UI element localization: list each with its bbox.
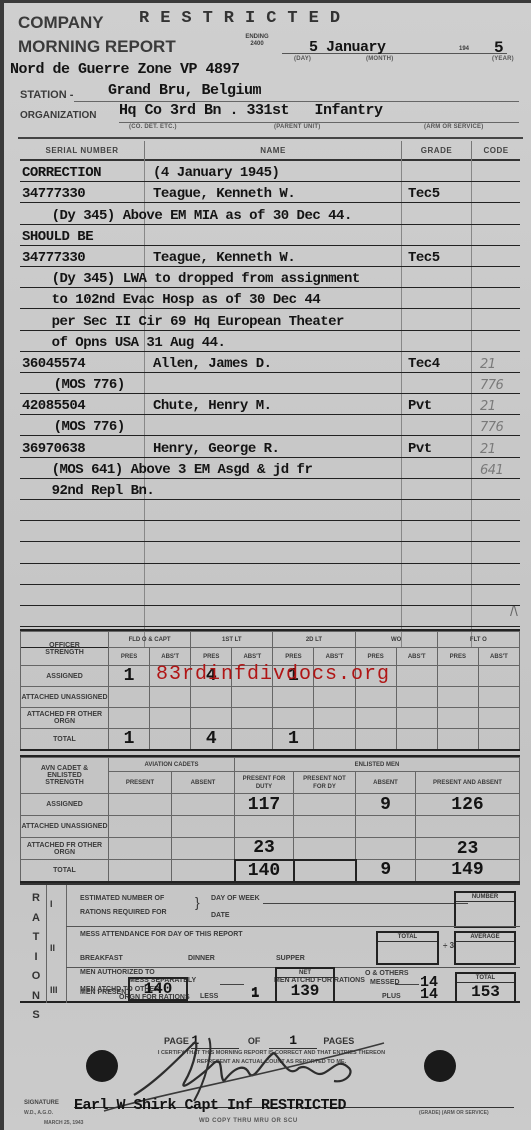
code-cell [471, 182, 520, 202]
name: Allen, James D. [153, 356, 272, 372]
code-cell [471, 161, 520, 181]
header-divider [18, 137, 523, 139]
name-cell: Henry, George R. [144, 436, 401, 456]
grade-cell [401, 288, 471, 308]
enlisted-count [294, 860, 356, 882]
officer-count [232, 729, 273, 751]
supper-label: SUPPER [276, 955, 305, 962]
code-cell [471, 267, 520, 287]
serial-cell: per Sec II Cir 69 Hq European Theater [20, 309, 144, 329]
remark-text: (Dy 345) LWA to dropped from assignment [20, 271, 360, 287]
sub-abst: ABS'T [478, 648, 519, 666]
code-cell: 776 [471, 373, 520, 393]
name-cell [144, 564, 401, 584]
code-cell: 776 [471, 415, 520, 435]
row-label: ATTACHED FR OTHER ORGN [21, 708, 109, 729]
enlisted-count [294, 816, 356, 838]
grade-cell [401, 606, 471, 626]
divide-by-3: ÷ 3 [443, 941, 451, 950]
serial: 34777330 [22, 250, 85, 266]
roster-body: CORRECTION(4 January 1945)34777330Teague… [20, 161, 520, 648]
row-label: ATTACHED UNASSIGNED [21, 816, 109, 838]
group-2d-lt: 2D LT [273, 632, 355, 648]
men-present-label: MEN PRESENT [80, 989, 108, 996]
enlisted-row: ASSIGNED1179126 [21, 794, 520, 816]
officer-count [273, 687, 314, 708]
name-cell: Allen, James D. [144, 352, 401, 372]
roster-row [20, 521, 520, 542]
enlisted-count: 9 [356, 794, 416, 816]
roster-row: to 102nd Evac Hosp as of 30 Dec 44 [20, 288, 520, 309]
enlisted-sub-header: PRESENT [109, 772, 172, 794]
name: Henry, George R. [153, 441, 279, 457]
group-wo: WO [355, 632, 437, 648]
o-others-label-a: O & OTHERS [365, 970, 409, 977]
side-letter: S [28, 1006, 44, 1026]
grade-cell: Tec5 [401, 246, 471, 266]
roster-row [20, 564, 520, 585]
date-label: DATE [211, 912, 230, 919]
enlisted-sub-header: PRESENT NOT FOR DY [294, 772, 356, 794]
grade: Pvt [408, 441, 432, 457]
roster-row: 36970638Henry, George R.Pvt21 [20, 436, 520, 457]
code-cell: 21 [471, 436, 520, 456]
total-label: TOTAL [457, 974, 514, 983]
enlisted-sub-header: PRESENT AND ABSENT [416, 772, 520, 794]
remark-text: (MOS 641) Above 3 EM Asgd & jd fr [20, 462, 312, 478]
officer-strength-label: OFFICER STRENGTH [21, 632, 109, 666]
code: 21 [480, 357, 496, 372]
men-present-value: 140 [130, 979, 186, 999]
enlisted-count: 23 [416, 838, 520, 860]
grade-cell [401, 500, 471, 520]
serial: SHOULD BE [22, 229, 93, 245]
roster-row: of Opns USA 31 Aug 44. [20, 331, 520, 352]
serial: 42085504 [22, 398, 85, 414]
roster-row: SHOULD BE [20, 225, 520, 246]
plus-label: PLUS [382, 993, 401, 1000]
row-label: ATTACHED FR OTHER ORGN [21, 838, 109, 860]
officer-count [437, 666, 478, 687]
form-title-morning-report: MORNING REPORT [18, 37, 176, 57]
officer-count [191, 708, 232, 729]
officer-count [150, 708, 191, 729]
serial-cell: 34777330 [20, 246, 144, 266]
officer-count: 1 [273, 729, 314, 751]
serial-cell: 34777330 [20, 182, 144, 202]
enlisted-count [109, 816, 172, 838]
grade-cell [401, 203, 471, 223]
station-label: STATION - [20, 89, 73, 101]
serial: 36970638 [22, 441, 85, 457]
group-fld-o-capt: FLD O & CAPT [109, 632, 191, 648]
officer-count [314, 687, 355, 708]
code-cell: 21 [471, 394, 520, 414]
grade-cell [401, 542, 471, 562]
officer-count [355, 729, 396, 751]
officer-row: ATTACHED FR OTHER ORGN [21, 708, 520, 729]
pencil-mark: /\ [510, 603, 518, 619]
wd-form-date: MARCH 25, 1943 [44, 1120, 83, 1126]
net-label: NET [277, 969, 333, 978]
est-rations-label-b: RATIONS REQUIRED FOR [80, 909, 167, 916]
code-cell [471, 479, 520, 499]
serial-cell [20, 606, 144, 626]
roster-row [20, 500, 520, 521]
day-of-week-field[interactable] [263, 903, 468, 904]
name-cell [144, 606, 401, 626]
code: 641 [480, 463, 503, 478]
roster-row: 34777330Teague, Kenneth W.Tec5 [20, 182, 520, 203]
dinner-label: DINNER [188, 955, 215, 962]
roster-table: SERIAL NUMBER NAME GRADE CODE CORRECTION… [20, 141, 520, 648]
wd-copy-note: WD COPY THRU MRU OR SCU [199, 1118, 298, 1124]
serial-cell: (MOS 641) Above 3 EM Asgd & jd fr [20, 458, 144, 478]
grade: Tec4 [408, 356, 440, 372]
mess-total-box: TOTAL [376, 931, 439, 965]
enlisted-count: 126 [416, 794, 520, 816]
officer-count [396, 666, 437, 687]
name: Teague, Kenneth W. [153, 186, 295, 202]
serial-cell: to 102nd Evac Hosp as of 30 Dec 44 [20, 288, 144, 308]
location-coordinates: Nord de Guerre Zone VP 4897 [10, 61, 240, 78]
roster-row: (MOS 776)776 [20, 415, 520, 436]
officer-count [191, 687, 232, 708]
roster-row: per Sec II Cir 69 Hq European Theater [20, 309, 520, 330]
roster-row: (MOS 776)776 [20, 373, 520, 394]
roster-row: 36045574Allen, James D.Tec421 [20, 352, 520, 373]
name-cell [144, 479, 401, 499]
enlisted-count [356, 838, 416, 860]
serial-cell: (Dy 345) Above EM MIA as of 30 Dec 44. [20, 203, 144, 223]
serial: 34777330 [22, 186, 85, 202]
serial: CORRECTION [22, 165, 101, 181]
code-cell: 641 [471, 458, 520, 478]
remark-text: to 102nd Evac Hosp as of 30 Dec 44 [20, 292, 320, 308]
day-of-week-label: DAY OF WEEK [211, 895, 260, 902]
side-letter: I [28, 948, 44, 968]
total-box: TOTAL 153 [455, 972, 516, 1003]
grade-cell: Pvt [401, 436, 471, 456]
grade-cell [401, 161, 471, 181]
total-value: 153 [457, 983, 514, 1001]
serial-cell: SHOULD BE [20, 225, 144, 245]
group-enlisted-men: ENLISTED MEN [235, 758, 520, 772]
code-cell [471, 585, 520, 605]
grade-cell [401, 331, 471, 351]
punch-hole-right [424, 1050, 456, 1082]
enlisted-count [235, 816, 294, 838]
name-cell: Teague, Kenneth W. [144, 182, 401, 202]
number-box: NUMBER [454, 891, 516, 928]
organization-underline [119, 122, 519, 123]
enlisted-count [172, 816, 235, 838]
enlisted-count: 140 [235, 860, 294, 882]
sub-year-label: (YEAR) [492, 56, 514, 62]
enlisted-strength-label: AVN CADET & ENLISTED STRENGTH [21, 758, 109, 794]
officer-count [150, 687, 191, 708]
roster-row: (Dy 345) Above EM MIA as of 30 Dec 44. [20, 203, 520, 224]
serial-cell: 92nd Repl Bn. [20, 479, 144, 499]
officer-count [437, 687, 478, 708]
enlisted-count [172, 838, 235, 860]
section-i: I [50, 899, 53, 909]
code: 776 [480, 420, 503, 435]
roster-row: (Dy 345) LWA to dropped from assignment [20, 267, 520, 288]
col-code: CODE [471, 141, 520, 161]
number-label: NUMBER [456, 893, 514, 902]
serial-cell: CORRECTION [20, 161, 144, 181]
sub-abst: ABS'T [396, 648, 437, 666]
roster-row [20, 585, 520, 606]
plus-value: 14 [420, 986, 438, 1003]
enlisted-sub-header: ABSENT [172, 772, 235, 794]
code: 776 [480, 378, 503, 393]
serial-cell [20, 521, 144, 541]
serial: (MOS 776) [22, 419, 125, 435]
serial: 36045574 [22, 356, 85, 372]
officer-count [478, 687, 519, 708]
officer-count [314, 708, 355, 729]
col-grade: GRADE [401, 141, 471, 161]
officer-count: 1 [109, 729, 150, 751]
section-ii: II [50, 943, 55, 953]
name-cell [144, 225, 401, 245]
serial: (MOS 776) [22, 377, 125, 393]
officer-count [437, 729, 478, 751]
code-cell [471, 521, 520, 541]
col-serial-number: SERIAL NUMBER [20, 141, 144, 161]
officer-count [396, 729, 437, 751]
code: 21 [480, 399, 496, 414]
name-cell [144, 585, 401, 605]
enlisted-count [294, 794, 356, 816]
grade-cell [401, 267, 471, 287]
name: Teague, Kenneth W. [153, 250, 295, 266]
serial-cell: of Opns USA 31 Aug 44. [20, 331, 144, 351]
serial-cell: 42085504 [20, 394, 144, 414]
sub-parent-label: (PARENT UNIT) [274, 124, 320, 130]
roster-row: (MOS 641) Above 3 EM Asgd & jd fr641 [20, 458, 520, 479]
officer-count [478, 729, 519, 751]
group-aviation-cadets: AVIATION CADETS [109, 758, 235, 772]
officer-count [396, 708, 437, 729]
year-prefix: 194 [459, 46, 469, 52]
enlisted-count [356, 816, 416, 838]
mess-attendance-label: MESS ATTENDANCE FOR DAY OF THIS REPORT [80, 931, 243, 938]
grade-cell [401, 564, 471, 584]
net-value: 139 [277, 978, 333, 1000]
row-label: TOTAL [21, 729, 109, 751]
station-value: Grand Bru, Belgium [108, 82, 261, 99]
name-cell: Teague, Kenneth W. [144, 246, 401, 266]
enlisted-strength-table: AVN CADET & ENLISTED STRENGTH AVIATION C… [20, 755, 520, 883]
enlisted-count: 23 [235, 838, 294, 860]
officer-count [232, 687, 273, 708]
name-cell [144, 373, 401, 393]
name-cell: (4 January 1945) [144, 161, 401, 181]
grade-cell: Pvt [401, 394, 471, 414]
grade-cell [401, 373, 471, 393]
side-letter: A [28, 909, 44, 929]
name-cell [144, 542, 401, 562]
name: (4 January 1945) [153, 165, 279, 181]
serial-cell [20, 585, 144, 605]
name-cell [144, 415, 401, 435]
officer-count: 1 [109, 666, 150, 687]
enlisted-count [172, 860, 235, 882]
signature-label: SIGNATURE [24, 1100, 59, 1106]
group-flt-o: FLT O [437, 632, 519, 648]
officer-count [396, 687, 437, 708]
code-cell [471, 564, 520, 584]
officer-count [109, 687, 150, 708]
enlisted-count: 149 [416, 860, 520, 882]
grade-cell [401, 458, 471, 478]
grade-cell: Tec5 [401, 182, 471, 202]
net-box: NET 139 [275, 967, 335, 1003]
average-box: AVERAGE [454, 931, 516, 965]
row-label: ATTACHED UNASSIGNED [21, 687, 109, 708]
roster-row [20, 542, 520, 563]
grade-cell [401, 309, 471, 329]
less-value: 1 [251, 986, 259, 1002]
officer-count [150, 729, 191, 751]
row-label: TOTAL [21, 860, 109, 882]
officer-count [109, 708, 150, 729]
group-1st-lt: 1ST LT [191, 632, 273, 648]
code-cell [471, 331, 520, 351]
sub-pres: PRES [109, 648, 150, 666]
less-label: LESS [200, 993, 218, 1000]
enlisted-count [416, 816, 520, 838]
wd-form-label: W.D., A.G.O. [24, 1110, 53, 1116]
sub-month-label: (MONTH) [366, 56, 393, 62]
officer-count: 4 [191, 729, 232, 751]
enlisted-count [109, 860, 172, 882]
officer-strength-table: OFFICER STRENGTH FLD O & CAPT 1ST LT 2D … [20, 629, 520, 751]
grade: Tec5 [408, 250, 440, 266]
code-cell [471, 288, 520, 308]
serial-cell: (MOS 776) [20, 415, 144, 435]
name-cell [144, 500, 401, 520]
rations-iii-row: O & OTHERS MESSED 14 NET 139 TOTAL 153 M… [20, 969, 520, 1005]
remark-text: of Opns USA 31 Aug 44. [20, 335, 225, 351]
roster-row: 92nd Repl Bn. [20, 479, 520, 500]
grade-cell [401, 479, 471, 499]
roster-header: SERIAL NUMBER NAME GRADE CODE [20, 141, 520, 161]
form-title-company: COMPANY [18, 13, 104, 33]
code-cell: 21 [471, 352, 520, 372]
code-cell [471, 542, 520, 562]
officer-count [355, 708, 396, 729]
morning-report-card: COMPANY RESTRICTED MORNING REPORT ENDING… [0, 0, 531, 1130]
officer-count [478, 666, 519, 687]
sub-co-label: (CO. DET. ETC.) [129, 124, 177, 130]
sub-arm-label: (ARM OR SERVICE) [424, 124, 483, 130]
breakfast-label: BREAKFAST [80, 955, 123, 962]
report-date: 5 January [309, 39, 386, 56]
grade-cell [401, 521, 471, 541]
organization-label: ORGANIZATION [20, 110, 96, 121]
serial-cell: (Dy 345) LWA to dropped from assignment [20, 267, 144, 287]
code-cell [471, 203, 520, 223]
enlisted-count [109, 794, 172, 816]
code-cell [471, 225, 520, 245]
code-cell [471, 246, 520, 266]
watermark: 83rdinfdivdocs.org [156, 663, 390, 686]
grade: Tec5 [408, 186, 440, 202]
officer-count [478, 708, 519, 729]
row-label: ASSIGNED [21, 666, 109, 687]
ending-label: ENDING 2400 [244, 34, 270, 48]
enlisted-row: ATTACHED FR OTHER ORGN2323 [21, 838, 520, 860]
mess-total-label: TOTAL [378, 933, 437, 942]
enlisted-count: 117 [235, 794, 294, 816]
grade-cell [401, 225, 471, 245]
grade-arm-label: (GRADE) (ARM OR SERVICE) [419, 1110, 489, 1116]
grade-cell [401, 585, 471, 605]
officer-count [437, 708, 478, 729]
sub-pres: PRES [437, 648, 478, 666]
officer-count [232, 708, 273, 729]
remark-text: (Dy 345) Above EM MIA as of 30 Dec 44. [20, 208, 352, 224]
sub-day-label: (DAY) [294, 56, 311, 62]
enlisted-count [172, 794, 235, 816]
code-cell [471, 309, 520, 329]
serial-cell [20, 542, 144, 562]
code-cell [471, 500, 520, 520]
name-cell [144, 521, 401, 541]
rations-rule-1 [66, 926, 520, 927]
organization-value: Hq Co 3rd Bn . 331st Infantry [119, 102, 383, 119]
officer-row: ATTACHED UNASSIGNED [21, 687, 520, 708]
side-letter: T [28, 928, 44, 948]
officer-count [355, 687, 396, 708]
remark-text: per Sec II Cir 69 Hq European Theater [20, 314, 344, 330]
serial-cell [20, 500, 144, 520]
est-rations-label-a: ESTIMATED NUMBER OF [80, 895, 164, 902]
enlisted-sub-header: ABSENT [356, 772, 416, 794]
serial-cell: 36045574 [20, 352, 144, 372]
average-label: AVERAGE [456, 933, 514, 942]
grade-cell: Tec4 [401, 352, 471, 372]
roster-row: 42085504Chute, Henry M.Pvt21 [20, 394, 520, 415]
officer-count [273, 708, 314, 729]
rations-side-label: RATIONS [28, 889, 44, 1026]
enlisted-sub-header: PRESENT FOR DUTY [235, 772, 294, 794]
classification-stamp: RESTRICTED [139, 9, 351, 28]
enlisted-count: 9 [356, 860, 416, 882]
name-cell: Chute, Henry M. [144, 394, 401, 414]
men-present-box: 140 [128, 977, 188, 1001]
enlisted-row: TOTAL1409149 [21, 860, 520, 882]
roster-row: 34777330Teague, Kenneth W.Tec5 [20, 246, 520, 267]
enlisted-row: ATTACHED UNASSIGNED [21, 816, 520, 838]
officer-count [314, 729, 355, 751]
name: Chute, Henry M. [153, 398, 272, 414]
remark-text: 92nd Repl Bn. [20, 483, 154, 499]
row-label: ASSIGNED [21, 794, 109, 816]
col-name: NAME [144, 141, 401, 161]
roster-row: CORRECTION(4 January 1945) [20, 161, 520, 182]
enlisted-count [294, 838, 356, 860]
o-others-label-b: MESSED [370, 979, 400, 986]
officer-row: TOTAL141 [21, 729, 520, 751]
brace: } [195, 894, 200, 910]
serial-cell [20, 564, 144, 584]
signer-name: Earl W Shirk Capt Inf RESTRICTED [74, 1097, 346, 1114]
